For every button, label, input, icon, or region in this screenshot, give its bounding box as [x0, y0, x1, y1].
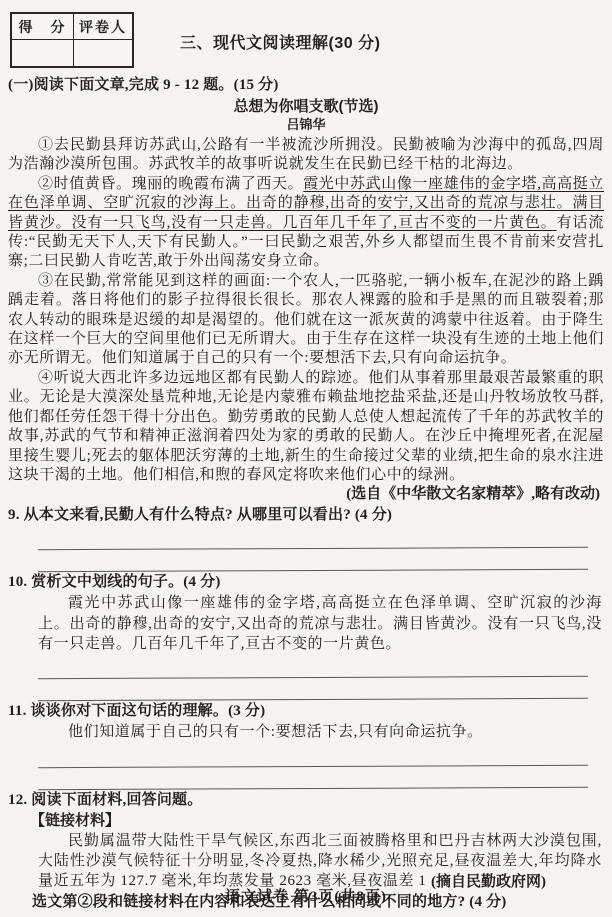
- linked-material-block: 民勤属温带大陆性干旱气候区,东西北三面被腾格里和巴丹吉林两大沙漠包围,大陆性沙漠…: [38, 831, 602, 892]
- paragraph-2-lead: ②时值黄昏。瑰丽的晚霞布满了西天。: [38, 176, 303, 192]
- essay-author: 吕锦华: [8, 117, 604, 132]
- score-label-cell: 得 分: [12, 14, 74, 40]
- question-9: 9. 从本文来看,民勤人有什么特点? 从哪里可以看出? (4 分): [8, 506, 604, 525]
- section-heading: 三、现代文阅读理解(30 分): [180, 30, 380, 53]
- page-header: 得 分 评卷人 三、现代文阅读理解(30 分): [8, 12, 604, 68]
- reviewer-label-cell: 评卷人: [74, 14, 132, 40]
- score-value-cell: [12, 40, 74, 66]
- reviewer-value-cell: [74, 40, 132, 66]
- essay-body: ①去民勤县拜访苏武山,公路有一半被流沙所拥没。民勤被喻为沙海中的孤岛,四周为浩瀚…: [8, 136, 604, 485]
- score-table: 得 分 评卷人: [10, 12, 134, 68]
- question-10: 10. 赏析文中划线的句子。(4 分): [8, 573, 604, 592]
- question-10-quote: 霞光中苏武山像一座雄伟的金字塔,高高挺立在色泽单调、空旷沉寂的沙海上。出奇的静穆…: [38, 593, 602, 654]
- answer-line: [38, 765, 588, 789]
- linked-material-label: 【链接材料】: [30, 811, 604, 830]
- exam-paper-page: 得 分 评卷人 三、现代文阅读理解(30 分) (一)阅读下面文章,完成 9 -…: [0, 0, 612, 917]
- answer-line: [38, 524, 588, 550]
- essay-paragraph-1: ①去民勤县拜访苏武山,公路有一半被流沙所拥没。民勤被喻为沙海中的孤岛,四周为浩瀚…: [8, 136, 604, 175]
- answer-line: [38, 677, 588, 701]
- page-footer: 语文试卷 第3页(共8页): [0, 885, 612, 906]
- answer-line: [38, 741, 588, 767]
- answer-line: [38, 548, 588, 572]
- question-12: 12. 阅读下面材料,回答问题。: [8, 791, 604, 810]
- answer-line: [38, 653, 588, 679]
- essay-paragraph-3: ③在民勤,常常能见到这样的画面:一个农人,一匹骆驼,一辆小板车,在泥沙的路上踽踽…: [8, 272, 604, 369]
- question-11-quote: 他们知道属于自己的只有一个:要想活下去,只有向命运抗争。: [38, 722, 602, 742]
- essay-paragraph-2: ②时值黄昏。瑰丽的晚霞布满了西天。霞光中苏武山像一座雄伟的金字塔,高高挺立在色泽…: [8, 175, 604, 272]
- essay-source-attribution: (选自《中华散文名家精萃》,略有改动): [8, 485, 604, 504]
- essay-title: 总想为你唱支歌(节选): [8, 98, 604, 115]
- reading-instruction: (一)阅读下面文章,完成 9 - 12 题。(15 分): [8, 76, 604, 94]
- question-11: 11. 谈谈你对下面这句话的理解。(3 分): [8, 702, 604, 721]
- essay-paragraph-4: ④听说大西北许多边远地区都有民勤人的踪迹。他们从事着那里最艰苦最繁重的职业。无论…: [8, 369, 604, 485]
